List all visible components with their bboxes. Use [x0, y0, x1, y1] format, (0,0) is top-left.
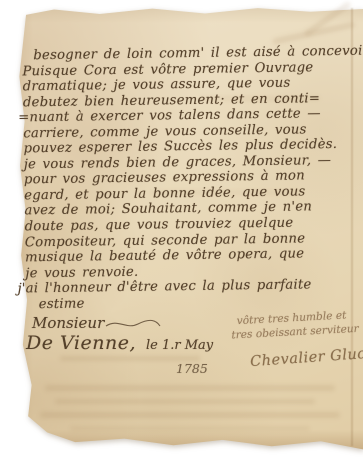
letter-body: besogner de loin comm' il est aisé à con…	[22, 44, 362, 313]
bleedthrough-mark	[40, 412, 340, 418]
place-date-line: De Vienne,le 1.r May	[26, 332, 213, 354]
bleedthrough-mark	[45, 385, 335, 391]
date-text: le 1.r May	[146, 338, 213, 353]
bleedthrough-mark	[70, 426, 310, 431]
year-text: 1785	[176, 361, 208, 376]
closing-salutation: Monsieur	[32, 314, 162, 332]
scanned-letter-photo: besogner de loin comm' il est aisé à con…	[0, 0, 363, 460]
salutation-flourish	[104, 317, 162, 331]
place-text: De Vienne,	[26, 332, 136, 354]
bleedthrough-mark	[55, 399, 315, 404]
salutation-text: Monsieur	[32, 314, 104, 332]
